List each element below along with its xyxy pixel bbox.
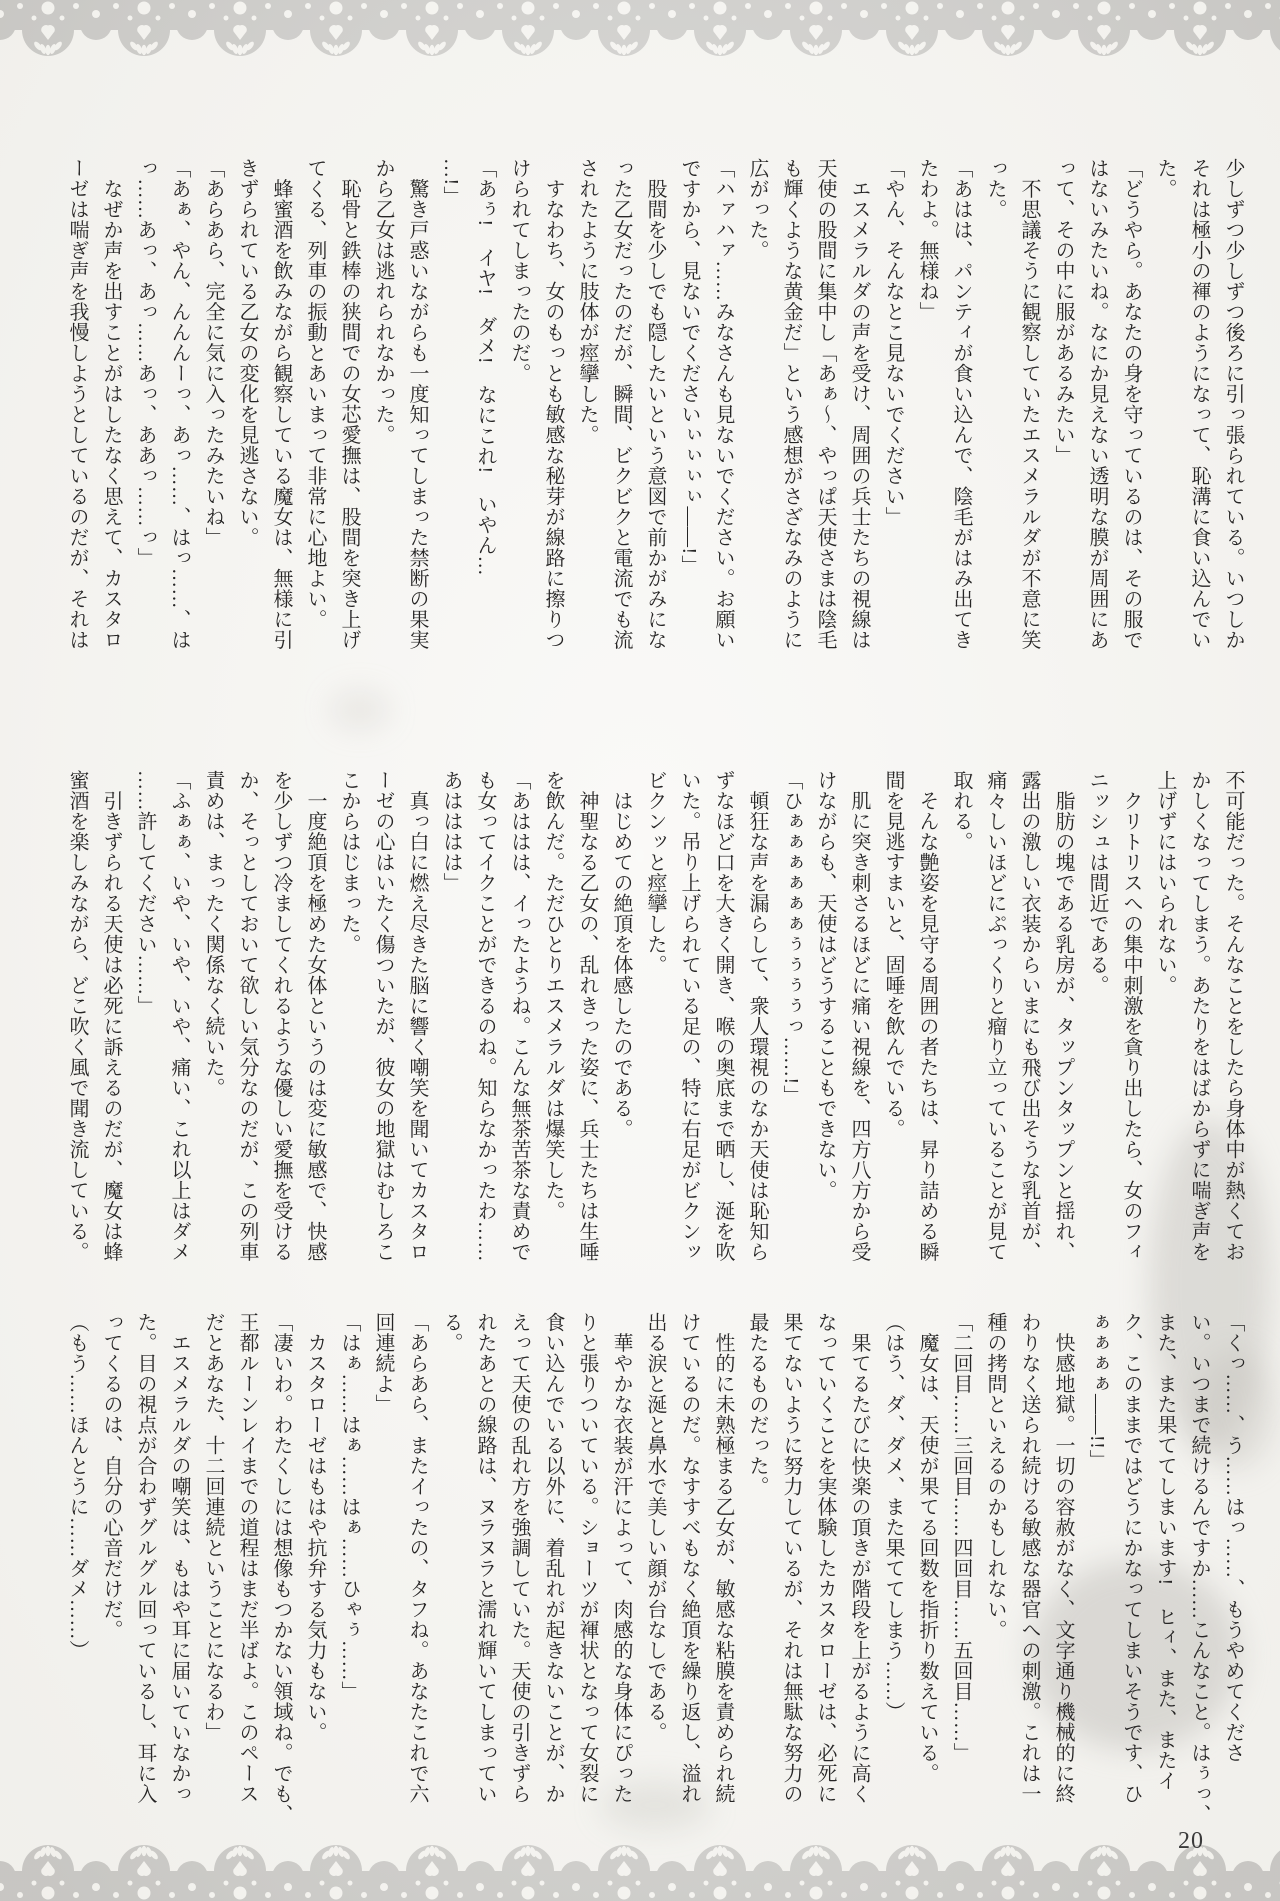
text-band-top: 少しずつ少しずつ後ろに引っ張られている。いつしかそれは極小の褌のようになって、恥… [60,158,1250,686]
text-column: 少しずつ少しずつ後ろに引っ張られている。いつしか [1216,158,1250,686]
text-column: 果てるたびに快楽の頂きが階段を上がるように高く [842,1312,876,1824]
text-column: 果てないように努力しているが、それは無駄な努力の [774,1312,808,1824]
text-column: すなわち、女のもっとも敏感な秘芽が線路に擦りつ [536,158,570,686]
text-column: って、その中に服があるみたい」 [1046,158,1080,686]
text-column: 肌に突き刺さるほどに痛い視線を、四方八方から受 [842,770,876,1278]
text-column: 性的に未熟極まる乙女が、敏感な粘膜を責められ続 [706,1312,740,1824]
lace-border-top [0,0,1280,62]
text-column: 「あぅ! イヤ! ダメ! なにこれ! いやん… [468,158,502,686]
text-column: 「あぁ、やん、んんんーっ、あっ……、はっ……、は [162,158,196,686]
text-column: った乙女だったのだが、瞬間、ビクビクと電流でも流 [604,158,638,686]
text-column: 天使の股間に集中し「あぁ〜、やっぱ天使さまは陰毛 [808,158,842,686]
text-column: けながらも、天使はどうすることもできない。 [808,770,842,1278]
text-band-bottom: 「くっ……、う……はっ……、もうやめてください。いつまで続けるんですか……こんな… [60,1312,1250,1824]
text-column: きずられている乙女の変化を見逃さない。 [230,158,264,686]
text-column: 引きずられる天使は必死に訴えるのだが、魔女は蜂 [94,770,128,1278]
text-column: ーゼは喘ぎ声を我慢しようとしているのだが、それは [60,158,94,686]
text-column: た。目の視点が合わずグルグル回っているし、耳に入 [128,1312,162,1824]
text-column: 食い込んでいる以外に、着乱れが起きないことが、か [536,1312,570,1824]
text-column: 「あはは、パンティが食い込んで、陰毛がはみ出てき [944,158,978,686]
text-column: から乙女は逃れられなかった。 [366,158,400,686]
text-column: クリトリスへの集中刺激を貪り出したら、女のフィ [1114,770,1148,1278]
text-column: 「やん、そんなとこ見ないでください」 [876,158,910,686]
text-column: 「ハァハァ……みなさんも見ないでください。お願い [706,158,740,686]
text-band-middle: 不可能だった。そんなことをしたら身体中が熱くておかしくなってしまう。あたりをはば… [60,770,1250,1278]
text-column: 「あらあら、完全に気に入ったみたいね」 [196,158,230,686]
text-column: 恥骨と鉄棒の狭間での女芯愛撫は、股間を突き上げ [332,158,366,686]
text-column: また、また果ててしまいます! ヒィ、また、またイ [1148,1312,1182,1824]
text-column: ーゼの心はいたく傷ついたが、彼女の地獄はむしろこ [366,770,400,1278]
text-column: 上げずにはいられない。 [1148,770,1182,1278]
text-column: 露出の激しい衣装からいまにも飛び出そうな乳首が、 [1012,770,1046,1278]
text-column: 「二回目……三回目……四回目……五回目……」 [944,1312,978,1824]
text-column: 痛々しいほどにぷっくりと瘤り立っていることが見て [978,770,1012,1278]
text-column: てくる、列車の振動とあいまって非常に心地よい。 [298,158,332,686]
text-column: も女ってイクことができるのね。知らなかったわ…… [468,770,502,1278]
text-column: 「はぁ……はぁ……はぁ……ひゃぅ……」 [332,1312,366,1824]
text-column: 広がった。 [740,158,774,686]
text-column: た。 [1148,158,1182,686]
text-column: も輝くような黄金だ」という感想がさざなみのように [774,158,808,686]
text-column: 不思議そうに観察していたエスメラルダが不意に笑 [1012,158,1046,686]
text-column: 蜜酒を楽しみながら、どこ吹く風で聞き流している。 [60,770,94,1278]
text-column: を少しずつ冷ましてくれるような優しい愛撫を受ける [264,770,298,1278]
text-column: を飲んだ。ただひとりエスメラルダは爆笑した。 [536,770,570,1278]
text-column: っ……あっ、あっ……あっ、ああっ……っ」 [128,158,162,686]
text-column: それは極小の褌のようになって、恥溝に食い込んでい [1182,158,1216,686]
text-column: 「どうやら。あなたの身を守っているのは、その服で [1114,158,1148,686]
text-column: （はう、ダ、ダメ、また果ててしまう……） [876,1312,910,1824]
text-column: 王都ルーンレイまでの道程はまだ半ばよ。このペース [230,1312,264,1824]
text-column: 華やかな衣装が汗によって、肉感的な身体にぴった [604,1312,638,1824]
text-column: こからはじまった。 [332,770,366,1278]
text-column: はないみたいね。なにか見えない透明な膜が周囲にあ [1080,158,1114,686]
text-column: いた。吊り上げられている足の、特に右足がビクンッ [672,770,706,1278]
text-column: ですから、見ないでくださいぃぃぃぃ――!」 [672,158,706,686]
text-column: 真っ白に燃え尽きた脳に響く嘲笑を聞いてカスタロ [400,770,434,1278]
text-column: 「ひぁぁぁぁぁぁぅぅぅぅっ……!」 [774,770,808,1278]
text-column: りと張りついている。ショーツが褌状となって女裂に [570,1312,604,1824]
text-column: 回連続よ」 [366,1312,400,1824]
text-column: エスメラルダの声を受け、周囲の兵士たちの視線は [842,158,876,686]
text-column: だとあなた、十二回連続ということになるわ」 [196,1312,230,1824]
text-column: えって天使の乱れ方を強調していた。天使の引きずら [502,1312,536,1824]
text-column: あはははは」 [434,770,468,1278]
text-column: ニッシュは間近である。 [1080,770,1114,1278]
text-column: かしくなってしまう。あたりをはばからずに喘ぎ声を [1182,770,1216,1278]
text-column: 間を見逃すまいと、固唾を飲んでいる。 [876,770,910,1278]
text-column: 蜂蜜酒を飲みながら観察している魔女は、無様に引 [264,158,298,686]
text-column: そんな艶姿を見守る周囲の者たちは、昇り詰める瞬 [910,770,944,1278]
text-column: 「あははは、イったようね。こんな無茶苦茶な責めで [502,770,536,1278]
text-column: い。いつまで続けるんですか……こんなこと。はぅっ、 [1182,1312,1216,1824]
text-column: なぜか声を出すことがはしたなく思えて、カスタロ [94,158,128,686]
text-column: か、そっとしておいて欲しい気分なのだが、この列車 [230,770,264,1278]
text-column: 取れる。 [944,770,978,1278]
text-column: ってくるのは、自分の心音だけだ。 [94,1312,128,1824]
text-column: わりなく送られ続ける敏感な器官への刺激。これは一 [1012,1312,1046,1824]
text-column: 「くっ……、う……はっ……、もうやめてくださ [1216,1312,1250,1824]
text-column: 不可能だった。そんなことをしたら身体中が熱くてお [1216,770,1250,1278]
text-column: ク、このままではどうにかなってしまいそうです、ひ [1114,1312,1148,1824]
text-column: エスメラルダの嘲笑は、もはや耳に届いていなかっ [162,1312,196,1824]
text-column: けているのだ。なすすべもなく絶頂を繰り返し、溢れ [672,1312,706,1824]
text-column: 責めは、まったく関係なく続いた。 [196,770,230,1278]
text-column: カスタローゼはもはや抗弁する気力もない。 [298,1312,332,1824]
text-column: れたあとの線路は、ヌラヌラと濡れ輝いてしまってい [468,1312,502,1824]
text-column: 最たるものだった。 [740,1312,774,1824]
book-page: 少しずつ少しずつ後ろに引っ張られている。いつしかそれは極小の褌のようになって、恥… [0,0,1280,1901]
text-column: されたように肢体が痙攣した。 [570,158,604,686]
text-column: 股間を少しでも隠したいという意図で前かがみにな [638,158,672,686]
text-column: る。 [434,1312,468,1824]
text-column: ずなほど口を大きく開き、喉の奥底まで晒し、涎を吹 [706,770,740,1278]
text-column: 「あらあら、またイったの、タフね。あなたこれで六 [400,1312,434,1824]
text-column: ……許してください……」 [128,770,162,1278]
text-column: （もう……ほんとうに……ダメ……） [60,1312,94,1824]
text-column: 「凄いわ。わたくしには想像もつかない領域ね。でも、 [264,1312,298,1824]
lace-border-bottom [0,1839,1280,1901]
text-column: 脂肪の塊である乳房が、タップンタップンと揺れ、 [1046,770,1080,1278]
text-column: はじめての絶頂を体感したのである。 [604,770,638,1278]
text-column: 種の拷問といえるのかもしれない。 [978,1312,1012,1824]
text-column: 魔女は、天使が果てる回数を指折り数えている。 [910,1312,944,1824]
page-number: 20 [1178,1828,1204,1855]
text-column: った。 [978,158,1012,686]
text-column: 頓狂な声を漏らして、衆人環視のなか天使は恥知ら [740,770,774,1278]
text-column: 出る涙と涎と鼻水で美しい顔が台なしである。 [638,1312,672,1824]
scan-stain [330,690,390,730]
text-column: ビクンッと痙攣した。 [638,770,672,1278]
text-column: 神聖なる乙女の、乱れきった姿に、兵士たちは生唾 [570,770,604,1278]
text-column: 「ふぁぁ、いや、いや、いや、痛い、これ以上はダメ [162,770,196,1278]
text-column: たわよ。無様ね」 [910,158,944,686]
text-column: 快感地獄。一切の容赦がなく、文字通り機械的に終 [1046,1312,1080,1824]
text-column: なっていくことを実体験したカスタローゼは、必死に [808,1312,842,1824]
text-column: …!」 [434,158,468,686]
text-column: 驚き戸惑いながらも一度知ってしまった禁断の果実 [400,158,434,686]
text-column: けられてしまったのだ。 [502,158,536,686]
text-column: ぁぁぁぁ――!!」 [1080,1312,1114,1824]
text-column: 一度絶頂を極めた女体というのは変に敏感で、快感 [298,770,332,1278]
